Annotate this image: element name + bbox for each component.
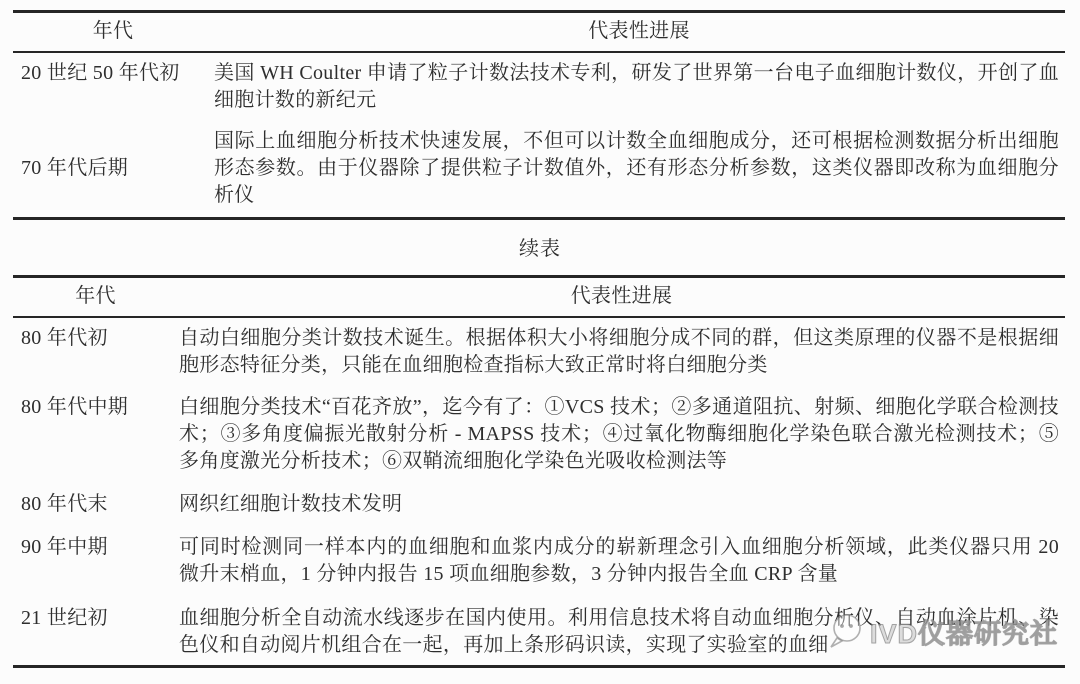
era-cell: 90 年中期 — [13, 526, 178, 597]
table-row: 21 世纪初 血细胞分析全自动流水线逐步在国内使用。利用信息技术将自动血细胞分析… — [13, 597, 1065, 667]
scanned-book-page: 年代 代表性进展 20 世纪 50 年代初 美国 WH Coulter 申请了粒… — [0, 0, 1080, 684]
era-cell: 80 年代初 — [13, 317, 178, 387]
era-column-header: 年代 — [13, 277, 178, 318]
era-cell: 21 世纪初 — [13, 597, 178, 667]
table-header-row: 年代 代表性进展 — [13, 12, 1065, 53]
progress-column-header: 代表性进展 — [213, 12, 1065, 53]
progress-cell: 白细胞分类技术“百花齐放”，迄今有了：①VCS 技术；②多通道阻抗、射频、细胞化… — [178, 387, 1065, 485]
progress-cell: 国际上血细胞分析技术快速发展，不但可以计数全血细胞成分，还可根据检测数据分析出细… — [213, 120, 1065, 219]
continued-table-label: 续表 — [0, 236, 1080, 263]
table-row: 80 年代初 自动白细胞分类计数技术诞生。根据体积大小将细胞分成不同的群，但这类… — [13, 317, 1065, 387]
progress-cell: 血细胞分析全自动流水线逐步在国内使用。利用信息技术将自动血细胞分析仪、自动血涂片… — [178, 597, 1065, 667]
table-row: 80 年代中期 白细胞分类技术“百花齐放”，迄今有了：①VCS 技术；②多通道阻… — [13, 387, 1065, 485]
progress-cell: 自动白细胞分类计数技术诞生。根据体积大小将细胞分成不同的群，但这类原理的仪器不是… — [178, 317, 1065, 387]
era-cell: 80 年代末 — [13, 485, 178, 526]
era-cell: 20 世纪 50 年代初 — [13, 52, 213, 120]
history-table-part1: 年代 代表性进展 20 世纪 50 年代初 美国 WH Coulter 申请了粒… — [13, 10, 1065, 220]
era-cell: 80 年代中期 — [13, 387, 178, 485]
progress-cell: 美国 WH Coulter 申请了粒子计数法技术专利，研发了世界第一台电子血细胞… — [213, 52, 1065, 120]
table-row: 80 年代末 网织红细胞计数技术发明 — [13, 485, 1065, 526]
progress-cell: 可同时检测同一样本内的血细胞和血浆内成分的崭新理念引入血细胞分析领域，此类仪器只… — [178, 526, 1065, 597]
table-header-row: 年代 代表性进展 — [13, 277, 1065, 318]
progress-cell: 网织红细胞计数技术发明 — [178, 485, 1065, 526]
progress-column-header: 代表性进展 — [178, 277, 1065, 318]
era-column-header: 年代 — [13, 12, 213, 53]
table-row: 70 年代后期 国际上血细胞分析技术快速发展，不但可以计数全血细胞成分，还可根据… — [13, 120, 1065, 219]
history-table-part2: 年代 代表性进展 80 年代初 自动白细胞分类计数技术诞生。根据体积大小将细胞分… — [13, 275, 1065, 668]
table-row: 20 世纪 50 年代初 美国 WH Coulter 申请了粒子计数法技术专利，… — [13, 52, 1065, 120]
table-row: 90 年中期 可同时检测同一样本内的血细胞和血浆内成分的崭新理念引入血细胞分析领… — [13, 526, 1065, 597]
era-cell: 70 年代后期 — [13, 120, 213, 219]
